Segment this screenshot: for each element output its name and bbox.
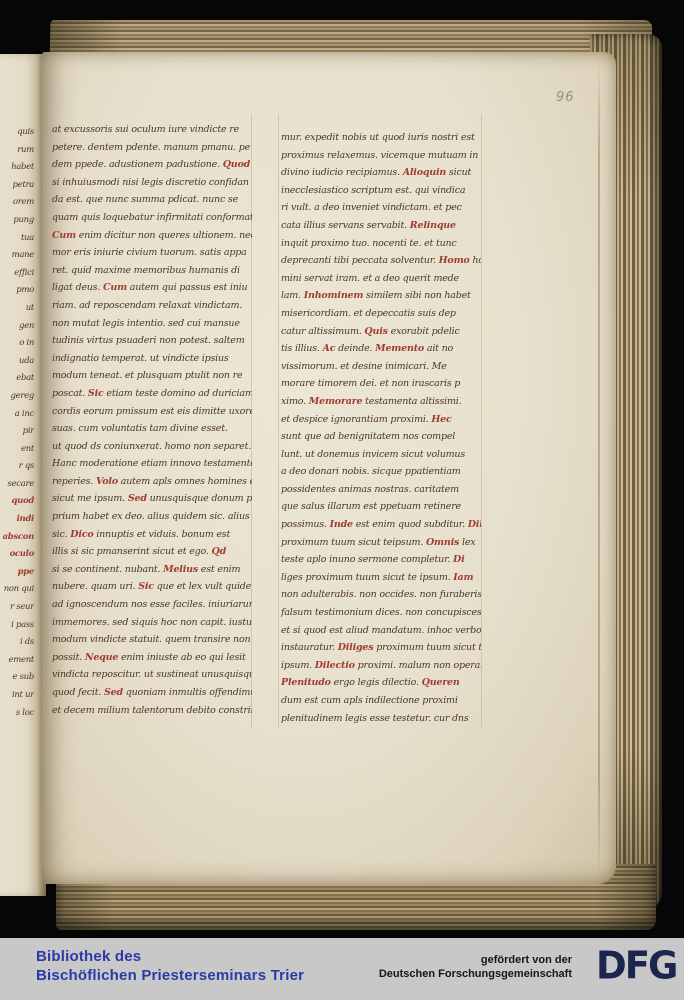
manuscript-line: riam. ad reposcendam relaxat vindictam. <box>52 297 252 315</box>
fragment-line: uda <box>0 353 34 371</box>
manuscript-line: illis si sic pmanserint sicut et ego. Qd <box>52 543 252 561</box>
manuscript-line: vindicta reposcitur. ut sustineat unusqu… <box>52 666 252 684</box>
manuscript-line: dem ppede. adustionem padustione. Quod <box>52 156 252 174</box>
manuscript-line: proximum tuum sicut teipsum. Omnis lex <box>281 534 481 552</box>
manuscript-line: reperies. Volo autem apls omnes homines … <box>52 473 252 491</box>
manuscript-line: poscat. Sic etiam teste domino ad durici… <box>52 385 252 403</box>
facing-page-edge: quisrumhabetpetraorempungtuamaneefficipm… <box>0 54 46 896</box>
funding-credit-line1: gefördert von der <box>379 953 572 967</box>
manuscript-line: ri vult. a deo inveniet vindictam. et pe… <box>281 199 481 217</box>
rubric-initial: Qd <box>212 546 227 557</box>
fragment-line: mane <box>0 247 34 265</box>
manuscript-line: Cum enim dicitur non queres ultionem. ne… <box>52 227 252 245</box>
manuscript-line: possidentes animas nostras. caritatem <box>281 481 481 499</box>
manuscript-line: mur. expedit nobis ut quod iuris nostri … <box>281 129 481 147</box>
manuscript-line: dum est cum apls indilectione proximi <box>281 692 481 710</box>
fragment-line: r seur <box>0 599 34 617</box>
fragment-line: indi <box>0 511 34 529</box>
page-number: 96 <box>556 90 575 105</box>
rubric-initial: Volo <box>96 476 118 487</box>
manuscript-line: sic. Dico innuptis et viduis. bonum est <box>52 526 252 544</box>
fragment-line: oculo <box>0 546 34 564</box>
rubric-initial: Dilectio <box>315 660 355 671</box>
fragment-line: r qs <box>0 458 34 476</box>
fragment-line: i ds <box>0 634 34 652</box>
fragment-line: ent <box>0 441 34 459</box>
manuscript-line: ad ignoscendum nos esse faciles. iniuria… <box>52 596 252 614</box>
rubric-initial: ppe <box>18 567 34 577</box>
funding-credit: gefördert von der Deutschen Forschungsge… <box>379 953 572 981</box>
fragment-line: pmo <box>0 282 34 300</box>
manuscript-line: deprecanti tibi peccata solventur. Homo … <box>281 252 481 270</box>
manuscript-line: lunt. ut donemus invicem sicut volumus <box>281 446 481 464</box>
rubric-initial: Memento <box>375 343 424 354</box>
rubric-initial: Melius <box>163 564 198 575</box>
fragment-line: tua <box>0 230 34 248</box>
ruling-line <box>278 114 279 728</box>
manuscript-line: quam quis loquebatur infirmitati conform… <box>52 209 252 227</box>
manuscript-line: nubere. quam uri. Sic que et lex vult qu… <box>52 578 252 596</box>
rubric-initial: Cum <box>103 282 127 293</box>
manuscript-line: vissimorum. et desine inimicari. Me <box>281 358 481 376</box>
fragment-line: i pass <box>0 617 34 635</box>
library-name-line1: Bibliothek des <box>36 947 304 966</box>
manuscript-line: possimus. Inde est enim quod subditur. D… <box>281 516 481 534</box>
rubric-initial: Diliges <box>468 519 481 530</box>
rubric-initial: Neque <box>85 652 118 663</box>
manuscript-line: divino iudicio recipiamus. Alioquin sicu… <box>281 164 481 182</box>
manuscript-line: tis illius. Ac deinde. Memento ait no <box>281 340 481 358</box>
manuscript-line: catur altissimum. Quis exorabit pdelic <box>281 323 481 341</box>
rubric-initial: Quod <box>223 159 250 170</box>
manuscript-line: plenitudinem legis esse testetur. cur dn… <box>281 710 481 728</box>
fragment-line: abscon <box>0 529 34 547</box>
fragment-line: effici <box>0 265 34 283</box>
rubric-initial: Sic <box>88 388 104 399</box>
fragment-line: o in <box>0 335 34 353</box>
manuscript-line: Hanc moderatione etiam innovo testamento <box>52 455 252 473</box>
rubric-initial: Quis <box>364 326 387 337</box>
fragment-line: secare <box>0 476 34 494</box>
fragment-line: petra <box>0 177 34 195</box>
ruling-line <box>481 114 482 728</box>
ruling-line <box>49 114 50 728</box>
rubric-initial: Sed <box>104 687 123 698</box>
manuscript-line: Plenitudo ergo legis dilectio. Queren <box>281 674 481 692</box>
rubric-initial: Relinque <box>410 220 456 231</box>
rubric-initial: Iam <box>453 572 473 583</box>
manuscript-line: cordis eorum pmissum est eis dimitte uxo… <box>52 403 252 421</box>
manuscript-line: si se continent. nubant. Melius est enim <box>52 561 252 579</box>
manuscript-line: modum teneat. et plusquam ptulit non re <box>52 367 252 385</box>
fragment-line: s loc <box>0 705 34 723</box>
manuscript-line: da est. que nunc summa pdicat. nunc se <box>52 191 252 209</box>
manuscript-line: possit. Neque enim iniuste ab eo qui les… <box>52 649 252 667</box>
fragment-line: a inc <box>0 406 34 424</box>
manuscript-line: non adulterabis. non occides. non furabe… <box>281 586 481 604</box>
manuscript-line: immemores. sed siquis hoc non capit. ius… <box>52 614 252 632</box>
fragment-line: int ur <box>0 687 34 705</box>
manuscript-line: indignatio temperat. ut vindicte ipsius <box>52 350 252 368</box>
manuscript-line: lam. Inhominem similem sibi non habet <box>281 287 481 305</box>
manuscript-line: tudinis virtus psuaderi non potest. salt… <box>52 332 252 350</box>
manuscript-line: a deo donari nobis. sicque ppatientiam <box>281 463 481 481</box>
fragment-line: non qui <box>0 581 34 599</box>
fragment-line: gereg <box>0 388 34 406</box>
manuscript-line: et decem milium talentorum debito constr… <box>52 702 252 720</box>
rubric-initial: Omnis <box>426 537 459 548</box>
fragment-line: ppe <box>0 564 34 582</box>
rubric-initial: Dico <box>70 529 93 540</box>
page-fold-crease <box>598 60 600 876</box>
rubric-initial: abscon <box>3 532 34 542</box>
rubric-initial: Ac <box>323 343 336 354</box>
rubric-initial: Sic <box>138 581 154 592</box>
manuscript-line: modum vindicte statuit. quem transire no… <box>52 631 252 649</box>
manuscript-line: ipsum. Dilectio proximi. malum non opera… <box>281 657 481 675</box>
manuscript-line: instauratur. Diliges proximum tuum sicut… <box>281 639 481 657</box>
fragment-line: ut <box>0 300 34 318</box>
manuscript-line: et despice ignorantiam proximi. Hec <box>281 411 481 429</box>
dfg-logo: DFG <box>596 943 676 988</box>
manuscript-line: falsum testimonium dices. non concupisce… <box>281 604 481 622</box>
manuscript-line: at excussoris sui oculum iure vindicte r… <box>52 121 252 139</box>
rubric-initial: Queren <box>422 677 460 688</box>
manuscript-line: sunt que ad benignitatem nos compel <box>281 428 481 446</box>
rubric-initial: oculo <box>10 549 34 559</box>
fragment-line: quod <box>0 493 34 511</box>
fragment-line: e sub <box>0 669 34 687</box>
rubric-initial: Inhominem <box>304 290 363 301</box>
facing-page-text-fragments: quisrumhabetpetraorempungtuamaneefficipm… <box>0 124 34 722</box>
manuscript-line: ximo. Memorare testamenta altissimi. <box>281 393 481 411</box>
rubric-initial: indi <box>17 514 34 524</box>
rubric-initial: Inde <box>330 519 353 530</box>
manuscript-line: prium habet ex deo. alius quidem sic. al… <box>52 508 252 526</box>
rubric-initial: Plenitudo <box>281 677 331 688</box>
manuscript-line: suas. cum voluntatis tam divine esset. <box>52 420 252 438</box>
rubric-initial: Memorare <box>309 396 363 407</box>
manuscript-line: ret. quid maxime memoribus humanis di <box>52 262 252 280</box>
fragment-line: pung <box>0 212 34 230</box>
fragment-line: gen <box>0 318 34 336</box>
fragment-line: habet <box>0 159 34 177</box>
book-photo: quisrumhabetpetraorempungtuamaneefficipm… <box>0 0 684 1000</box>
manuscript-line: quod fecit. Sed quoniam inmultis offendi… <box>52 684 252 702</box>
rubric-initial: Sed <box>128 493 147 504</box>
manuscript-line: sicut me ipsum. Sed unusquisque donum p <box>52 490 252 508</box>
manuscript-line: mor eris iniurie civium tuorum. satis ap… <box>52 244 252 262</box>
library-name-line2: Bischöflichen Priesterseminars Trier <box>36 966 304 985</box>
manuscript-line: proximus relaxemus. vicemque mutuam in <box>281 147 481 165</box>
manuscript-line: inquit proximo tuo. nocenti te. et tunc <box>281 235 481 253</box>
manuscript-line: cata illius servans servabit. Relinque <box>281 217 481 235</box>
fragment-line: rum <box>0 142 34 160</box>
footer-bar: Bibliothek des Bischöflichen Priestersem… <box>0 938 684 1000</box>
rubric-initial: Diliges <box>338 642 374 653</box>
rubric-initial: Alioquin <box>403 167 446 178</box>
manuscript-line: et si quod est aliud mandatum. inhoc ver… <box>281 622 481 640</box>
manuscript-line: petere. dentem pdente. manum pmanu. pe <box>52 139 252 157</box>
manuscript-line: teste aplo inuno sermone completur. Di <box>281 551 481 569</box>
manuscript-line: liges proximum tuum sicut te ipsum. Iam <box>281 569 481 587</box>
rubric-initial: Di <box>453 554 464 565</box>
manuscript-line: mini servat iram. et a deo querit mede <box>281 270 481 288</box>
rubric-initial: Homo <box>439 255 470 266</box>
text-column-left: at excussoris sui oculum iure vindicte r… <box>52 121 252 719</box>
funding-credit-line2: Deutschen Forschungsgemeinschaft <box>379 967 572 981</box>
manuscript-line: non mutat legis intentio. sed cui mansue <box>52 315 252 333</box>
library-name: Bibliothek des Bischöflichen Priestersem… <box>36 947 304 985</box>
manuscript-line: si inhuiusmodi nisi legis discretio conf… <box>52 174 252 192</box>
manuscript-line: que salus illarum est ppetuam retinere <box>281 498 481 516</box>
rubric-initial: Cum <box>52 230 76 241</box>
fragment-line: pir <box>0 423 34 441</box>
fragment-line: ement <box>0 652 34 670</box>
fragment-line: orem <box>0 194 34 212</box>
manuscript-line: ut quod ds coniunxerat. homo non separet… <box>52 438 252 456</box>
manuscript-line: inecclesiastico scriptum est. qui vindic… <box>281 182 481 200</box>
fragment-line: quis <box>0 124 34 142</box>
rubric-initial: quod <box>11 496 34 506</box>
manuscript-line: ligat deus. Cum autem qui passus est ini… <box>52 279 252 297</box>
text-column-right: mur. expedit nobis ut quod iuris nostri … <box>281 129 481 727</box>
manuscript-line: misericordiam. et depeccatis suis dep <box>281 305 481 323</box>
manuscript-line: morare timorem dei. et non irascaris p <box>281 375 481 393</box>
rubric-initial: Hec <box>431 414 451 425</box>
fragment-line: ebat <box>0 370 34 388</box>
